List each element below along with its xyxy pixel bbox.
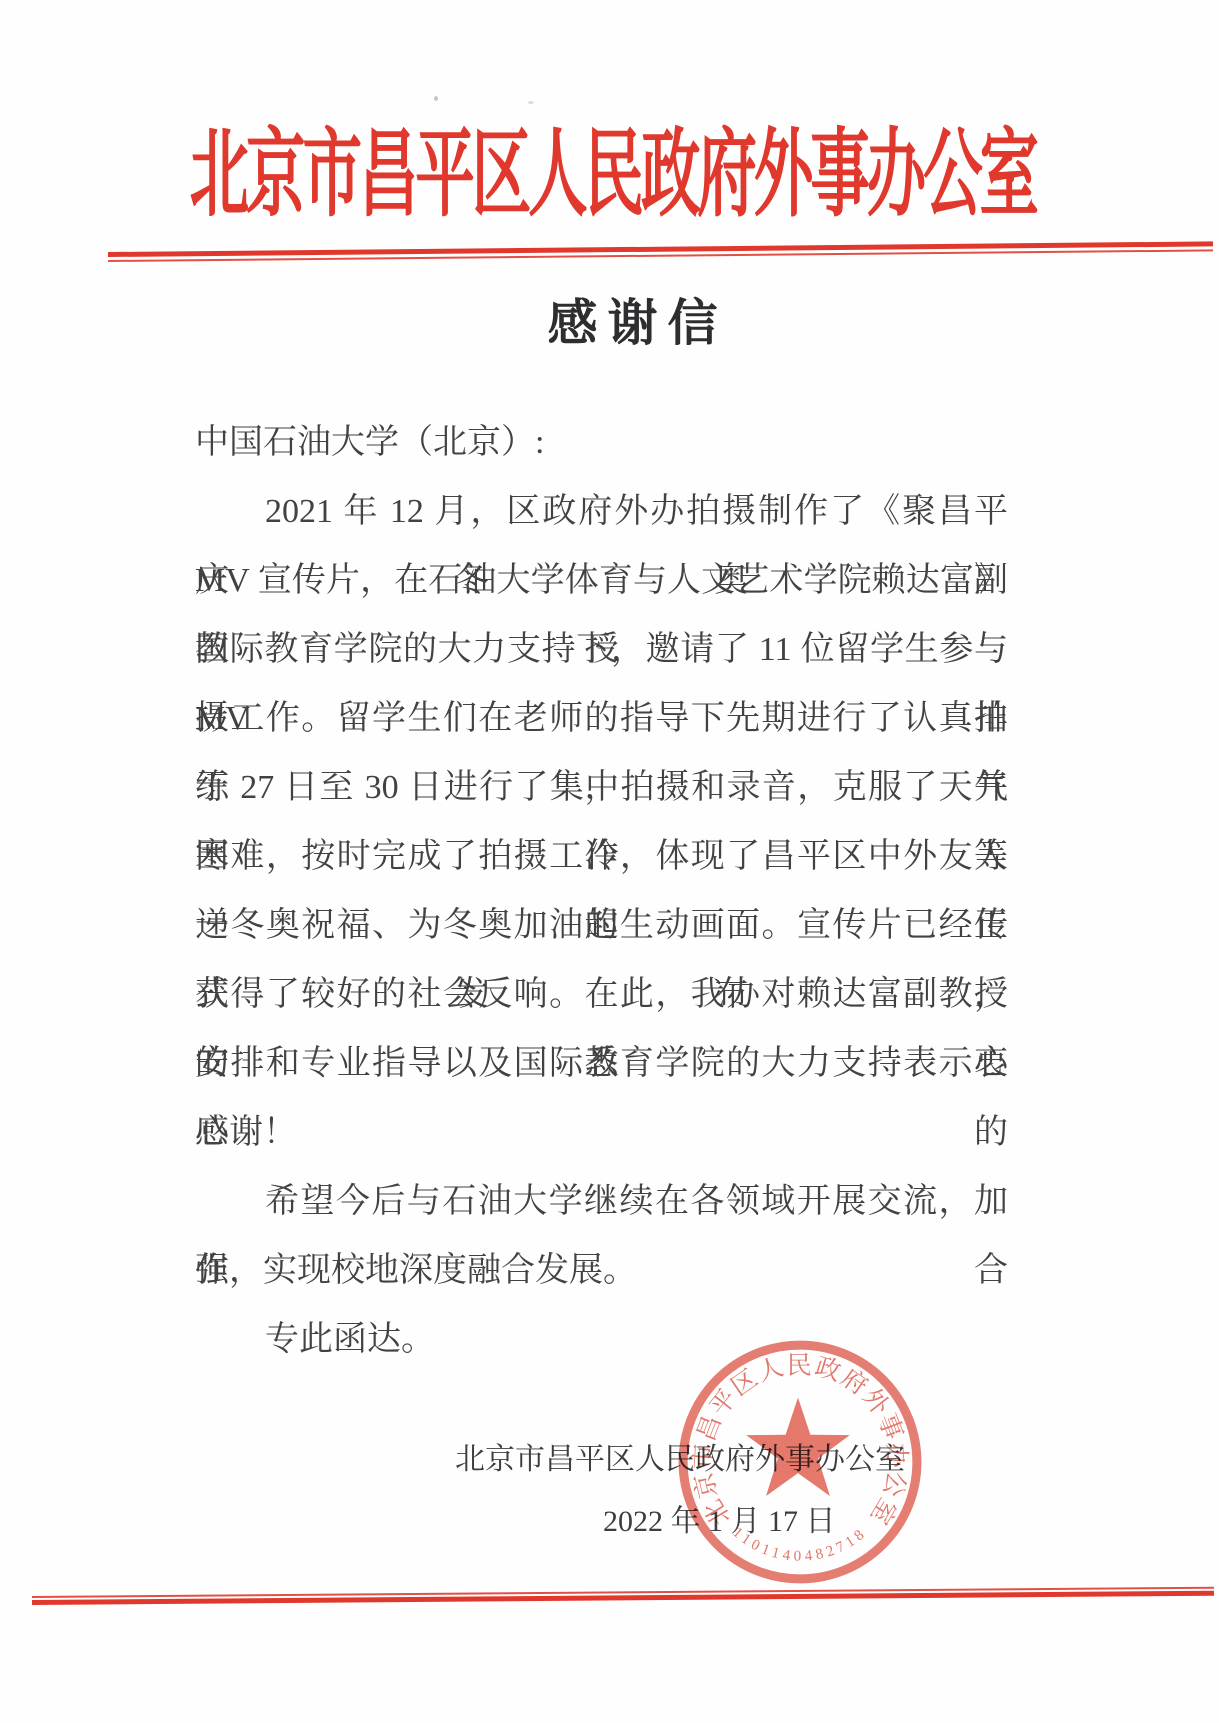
header-rule [108,241,1213,262]
body-line: 递冬奥祝福、为冬奥加油的生动画面。宣传片已经正式发布， [195,891,1008,960]
letter-body: 中国石油大学（北京）:2021 年 12 月，区政府外办拍摄制作了《聚昌平 庆冬… [195,408,1008,1374]
body-line: 中国石油大学（北京）: [195,408,1008,477]
body-line: 获得了较好的社会反响。在此，我办对赖达富副教授的悉心 [195,960,1008,1029]
seal-serial-number: 1101140482718 [729,1525,870,1565]
body-line: 于 27 日至 30 日进行了集中拍摄和录音，克服了天气寒冷等 [195,753,1008,822]
document-title: 感谢信 [28,293,1219,353]
body-line: 希望今后与石油大学继续在各领域开展交流，加强合 [195,1167,1008,1236]
scan-speck [528,101,534,104]
body-line: 国际教育学院的大力支持下，邀请了 11 位留学生参与 MV 拍 [195,615,1008,684]
body-line: 2021 年 12 月，区政府外办拍摄制作了《聚昌平 庆冬奥》 [195,477,1008,546]
body-line: MV 宣传片，在石油大学体育与人文艺术学院赖达富副教授与 [195,546,1008,615]
body-line: 摄工作。留学生们在老师的指导下先期进行了认真排练，并 [195,684,1008,753]
letterhead-title: 北京市昌平区人民政府外事办公室 [190,122,946,228]
body-line: 困难，按时完成了拍摄工作，体现了昌平区中外友人一起传 [195,822,1008,891]
star-icon [746,1398,850,1496]
letter-page: 北京市昌平区人民政府外事办公室 感谢信 中国石油大学（北京）:2021 年 12… [0,0,1219,1723]
scan-speck [434,96,438,101]
footer-rule [32,1587,1214,1605]
official-seal: 北京市昌平区人民政府外事办公室 1101140482718 [669,1331,931,1593]
body-line: 安排和专业指导以及国际教育学院的大力支持表示衷心的 [195,1029,1008,1098]
